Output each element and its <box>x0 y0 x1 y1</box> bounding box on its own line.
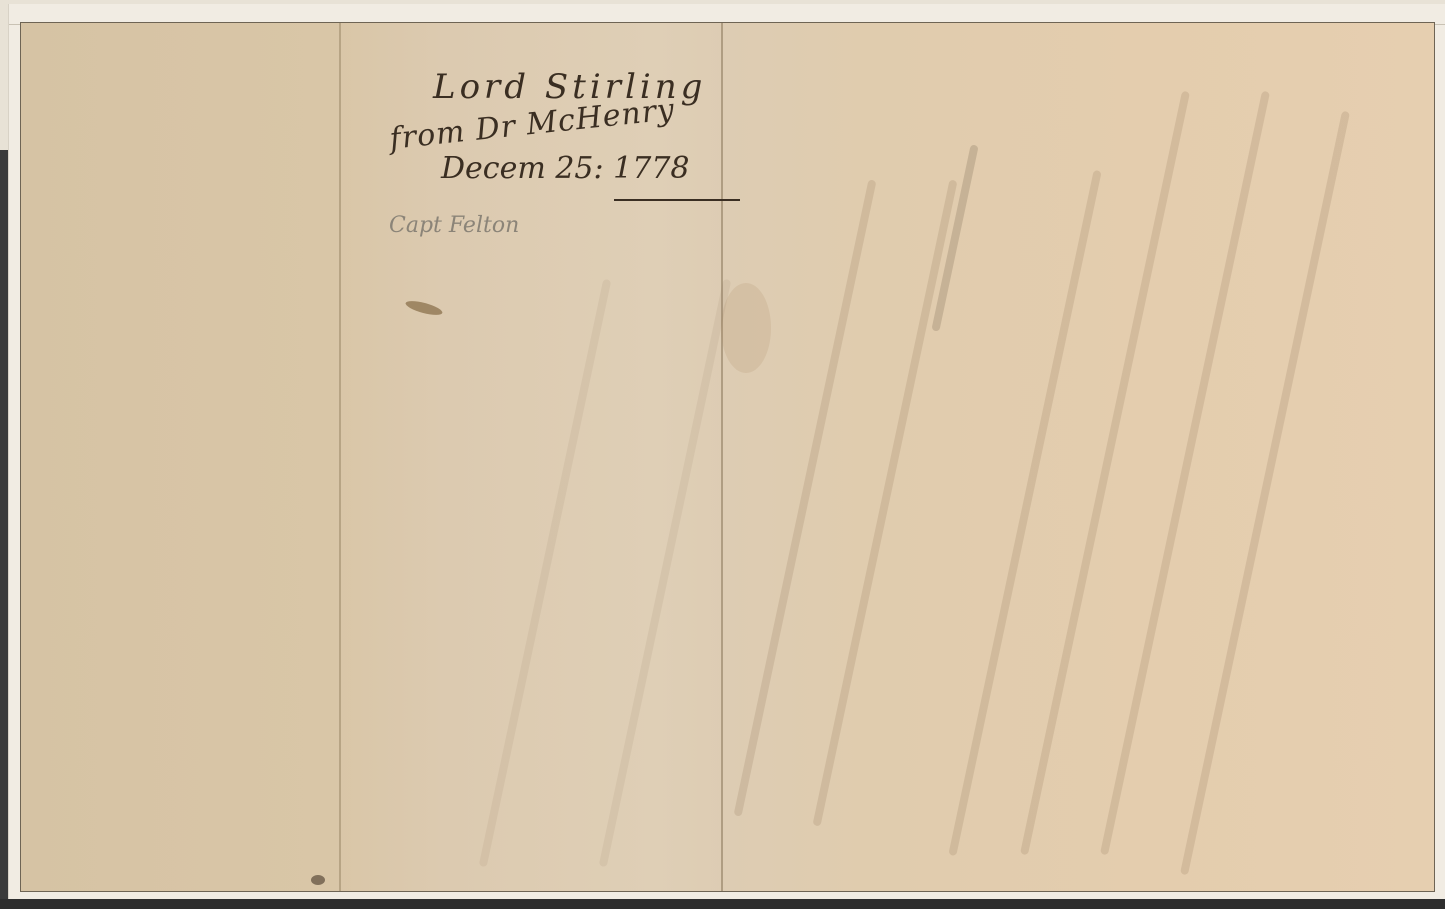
docket-line-3: Decem 25: 1778 <box>441 151 690 186</box>
docket-underline <box>614 199 740 201</box>
bleed-through-mark <box>734 179 877 816</box>
pencil-annotation: Capt Felton <box>389 213 519 238</box>
bleed-through-mark <box>479 279 612 868</box>
scan-backing-bottom <box>0 899 1445 909</box>
letter-sheet: Lord Stirling from Dr McHenry Decem 25: … <box>20 22 1435 892</box>
bleed-through-mark <box>1180 111 1350 876</box>
bleed-through-mark <box>1020 91 1190 856</box>
corner-tear <box>311 875 325 885</box>
bleed-through-mark <box>812 179 957 826</box>
fold-line-left <box>339 23 341 891</box>
bleed-through-mark <box>1100 91 1270 856</box>
ink-stain <box>404 298 443 317</box>
bleed-through-mark <box>599 279 732 868</box>
bleed-through-mark <box>948 170 1101 856</box>
water-stain <box>721 283 771 373</box>
fold-line-center <box>721 23 723 891</box>
